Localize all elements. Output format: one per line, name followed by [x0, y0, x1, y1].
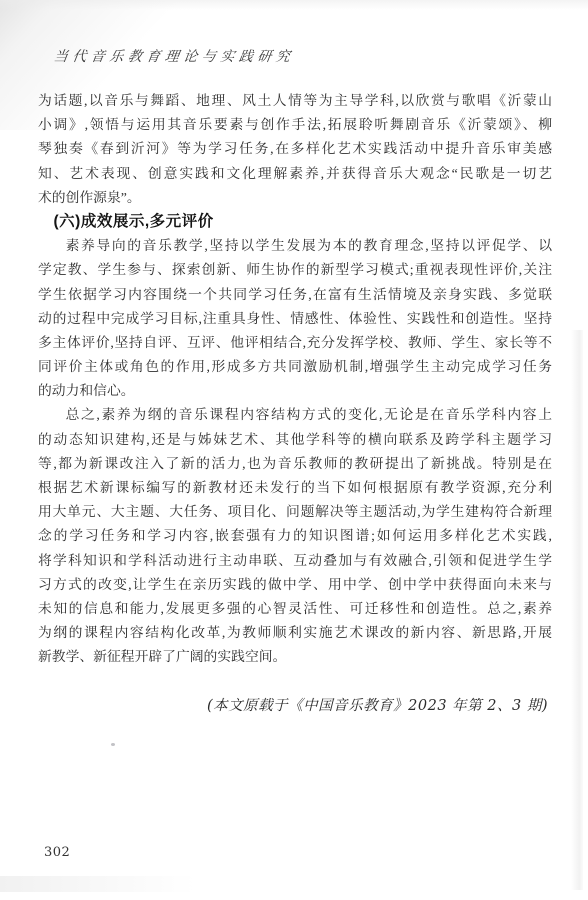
section-heading: (六)成效展示,多元评价 [38, 210, 552, 234]
scan-bottom-shadow [0, 876, 230, 892]
body-line: 素养导向的音乐教学,坚持以学生发展为本的教育理念,坚持以评促学、以 [38, 234, 552, 258]
body-line: 习方式的改变,让学生在亲历实践的做中学、用中学、创中学中获得面向未来与 [38, 573, 552, 597]
body-line: 小调》,领悟与运用其音乐要素与创作手法,拓展聆听舞剧音乐《沂蒙颂》、柳 [38, 113, 552, 137]
book-page: { "page": { "running_head": "当代音乐教育理论与实践… [0, 0, 588, 900]
body-line: 根据艺术新课标编写的新教材还未发行的当下如何根据原有教学资源,充分利 [38, 476, 552, 500]
body-line: 学定教、学生参与、探索创新、师生协作的新型学习模式;重视表现性评价,关注 [38, 258, 552, 282]
body-line: 为纲的课程内容结构化改革,为教师顺利实施艺术课改的新内容、新思路,开展 [38, 621, 552, 645]
body-line: 用大单元、大主题、大任务、项目化、问题解决等主题活动,为学生建构符合新理 [38, 500, 552, 524]
body-line: 为话题,以音乐与舞蹈、地理、风土人情等为主导学科,以欣赏与歌唱《沂蒙山 [38, 89, 552, 113]
body-line: 未知的信息和能力,发展更多强的心智灵活性、可迁移性和创造性。总之,素养 [38, 597, 552, 621]
body-line: 总之,素养为纲的音乐课程内容结构方式的变化,无论是在音乐学科内容上 [38, 403, 552, 427]
body-line: 念的学习任务和学习内容,嵌套强有力的知识图谱;如何运用多样化艺术实践, [38, 524, 552, 548]
scan-right-shadow [571, 330, 583, 890]
scan-top-shadow [0, 0, 588, 10]
body-line: 的动力和信心。 [38, 379, 552, 403]
body-line: 将学科知识和学科活动进行主动串联、互动叠加与有效融合,引领和促进学生学 [38, 549, 552, 573]
body-line: 术的创作源泉”。 [38, 186, 552, 210]
body-text: 为话题,以音乐与舞蹈、地理、风土人情等为主导学科,以欣赏与歌唱《沂蒙山 小调》,… [38, 89, 552, 718]
body-line: 琴独奏《春到沂河》等为学习任务,在多样化艺术实践活动中提升音乐审美感 [38, 137, 552, 161]
body-line: 等,都为新课改注入了新的活力,也为音乐教师的教研提出了新挑战。特别是在 [38, 452, 552, 476]
body-line: 多主体评价,坚持自评、互评、他评相结合,充分发挥学校、教师、学生、家长等不 [38, 331, 552, 355]
body-line: 动的过程中完成学习目标,注重具身性、情感性、体验性、实践性和创造性。坚持 [38, 307, 552, 331]
scan-speck [111, 743, 115, 746]
source-citation: (本文原载于《中国音乐教育》2023 年第 2、3 期) [38, 694, 552, 718]
body-line: 学生依据学习内容围绕一个共同学习任务,在富有生活情境及亲身实践、多觉联 [38, 283, 552, 307]
body-line: 同评价主体或角色的作用,形成多方共同激励机制,增强学生主动完成学习任务 [38, 355, 552, 379]
body-line: 的动态知识建构,还是与姊妹艺术、其他学科等的横向联系及跨学科主题学习 [38, 428, 552, 452]
body-line: 新教学、新征程开辟了广阔的实践空间。 [38, 645, 552, 669]
page-number: 302 [44, 845, 70, 860]
body-line: 知、艺术表现、创意实践和文化理解素养,并获得音乐大观念“民歌是一切艺 [38, 162, 552, 186]
running-head: 当代音乐教育理论与实践研究 [53, 46, 296, 66]
